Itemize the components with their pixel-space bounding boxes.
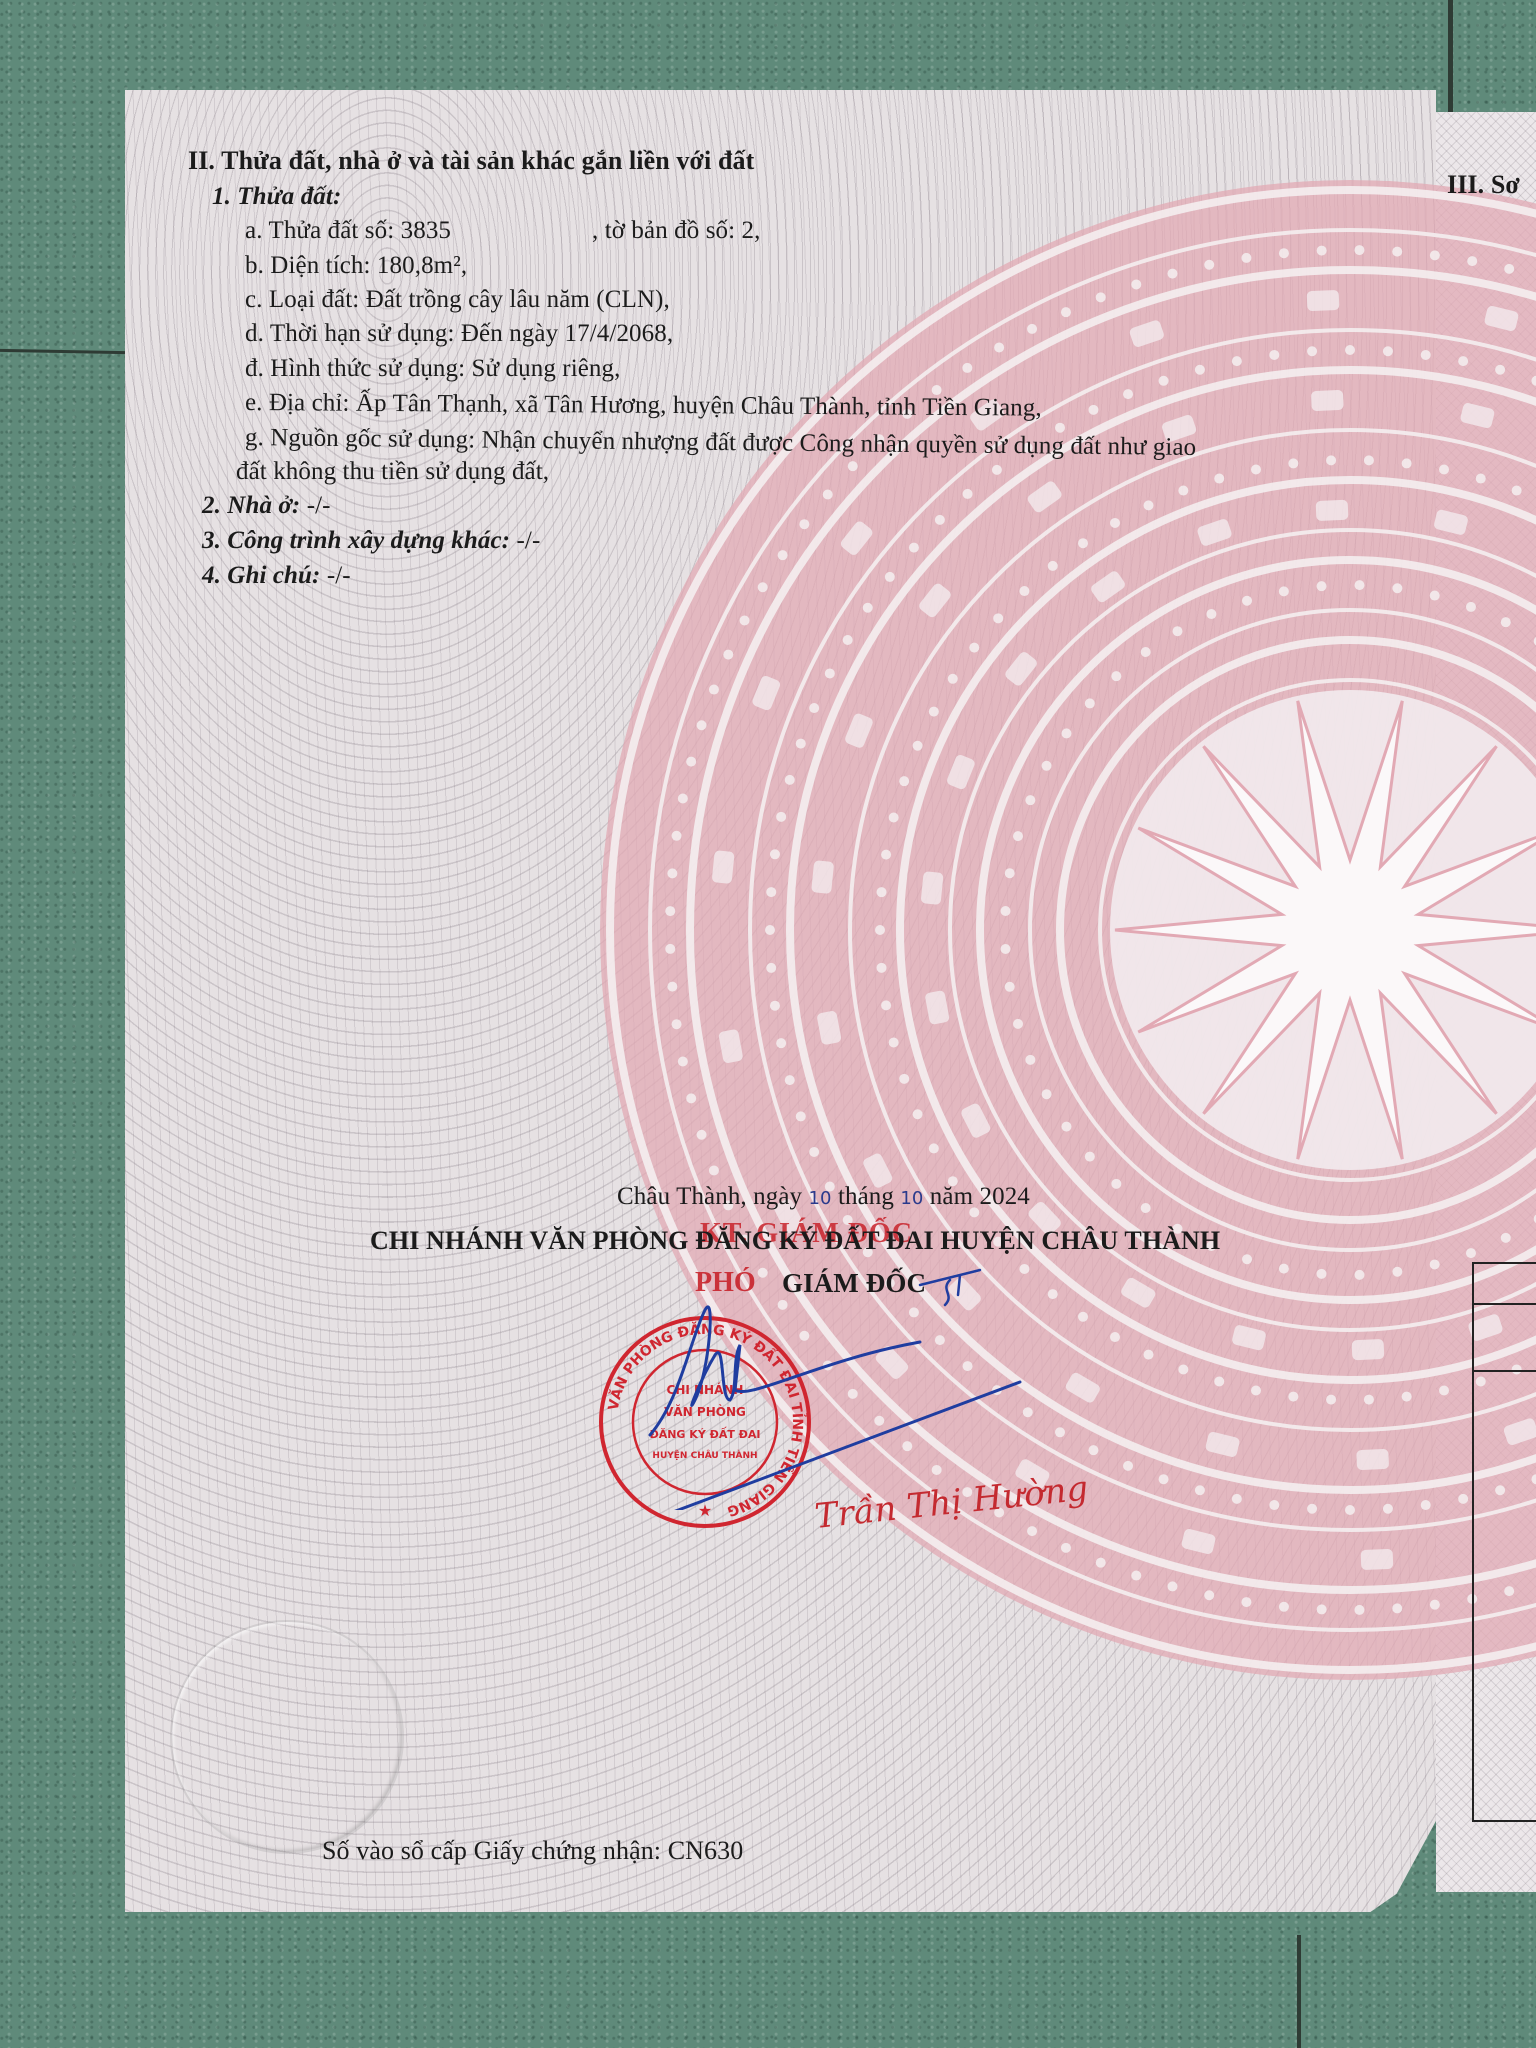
certificate-content: II. Thửa đất, nhà ở và tài sản khác gắn … (0, 0, 1536, 2048)
house-row: 2. Nhà ở: -/- (202, 492, 331, 520)
map-sheet-number: , tờ bản đồ số: 2, (592, 217, 761, 245)
other-works-label: 3. Công trình xây dựng khác: (202, 527, 510, 554)
other-works-row: 3. Công trình xây dựng khác: -/- (202, 527, 540, 555)
notes-value: -/- (320, 562, 350, 589)
handwritten-day: 10 (808, 1188, 831, 1209)
table-rule (1474, 1820, 1536, 1822)
date-prefix: Châu Thành, ngày (617, 1183, 808, 1210)
notes-row: 4. Ghi chú: -/- (202, 562, 351, 590)
house-value: -/- (300, 492, 330, 519)
usage-origin: g. Nguồn gốc sử dụng: Nhận chuyển nhượng… (245, 424, 1197, 462)
usage-origin-continued: đất không thu tiền sử dụng đất, (236, 458, 549, 486)
signing-date: Châu Thành, ngày 10 tháng 10 năm 2024 (617, 1183, 1030, 1211)
section-ii-title: II. Thửa đất, nhà ở và tài sản khác gắn … (188, 146, 754, 176)
handwritten-signature (620, 1250, 1040, 1510)
parcel-area: b. Diện tích: 180,8m², (245, 252, 467, 280)
usage-term: d. Thời hạn sử dụng: Đến ngày 17/4/2068, (245, 320, 673, 348)
notes-label: 4. Ghi chú: (202, 562, 320, 589)
usage-form: đ. Hình thức sử dụng: Sử dụng riêng, (245, 355, 621, 383)
year-text: năm 2024 (923, 1183, 1029, 1210)
land-type: c. Loại đất: Đất trồng cây lâu năm (CLN)… (245, 286, 670, 314)
parcel-address: e. Địa chỉ: Ấp Tân Thạnh, xã Tân Hương, … (245, 389, 1042, 423)
table-rule (1474, 1303, 1536, 1305)
certificate-book-number: Số vào sổ cấp Giấy chứng nhận: CN630 (322, 1836, 743, 1866)
table-rule (1474, 1262, 1536, 1264)
section-iii-title: III. Sơ (1447, 170, 1520, 200)
other-works-value: -/- (510, 527, 540, 554)
section-iii-table-edge (1472, 1262, 1536, 1822)
parcel-number: a. Thửa đất số: 3835 (245, 217, 451, 245)
table-rule (1474, 1370, 1536, 1372)
land-parcel-heading: 1. Thửa đất: (212, 183, 341, 211)
month-prefix: tháng (832, 1183, 901, 1210)
house-label: 2. Nhà ở: (202, 492, 300, 519)
handwritten-month: 10 (900, 1188, 923, 1209)
